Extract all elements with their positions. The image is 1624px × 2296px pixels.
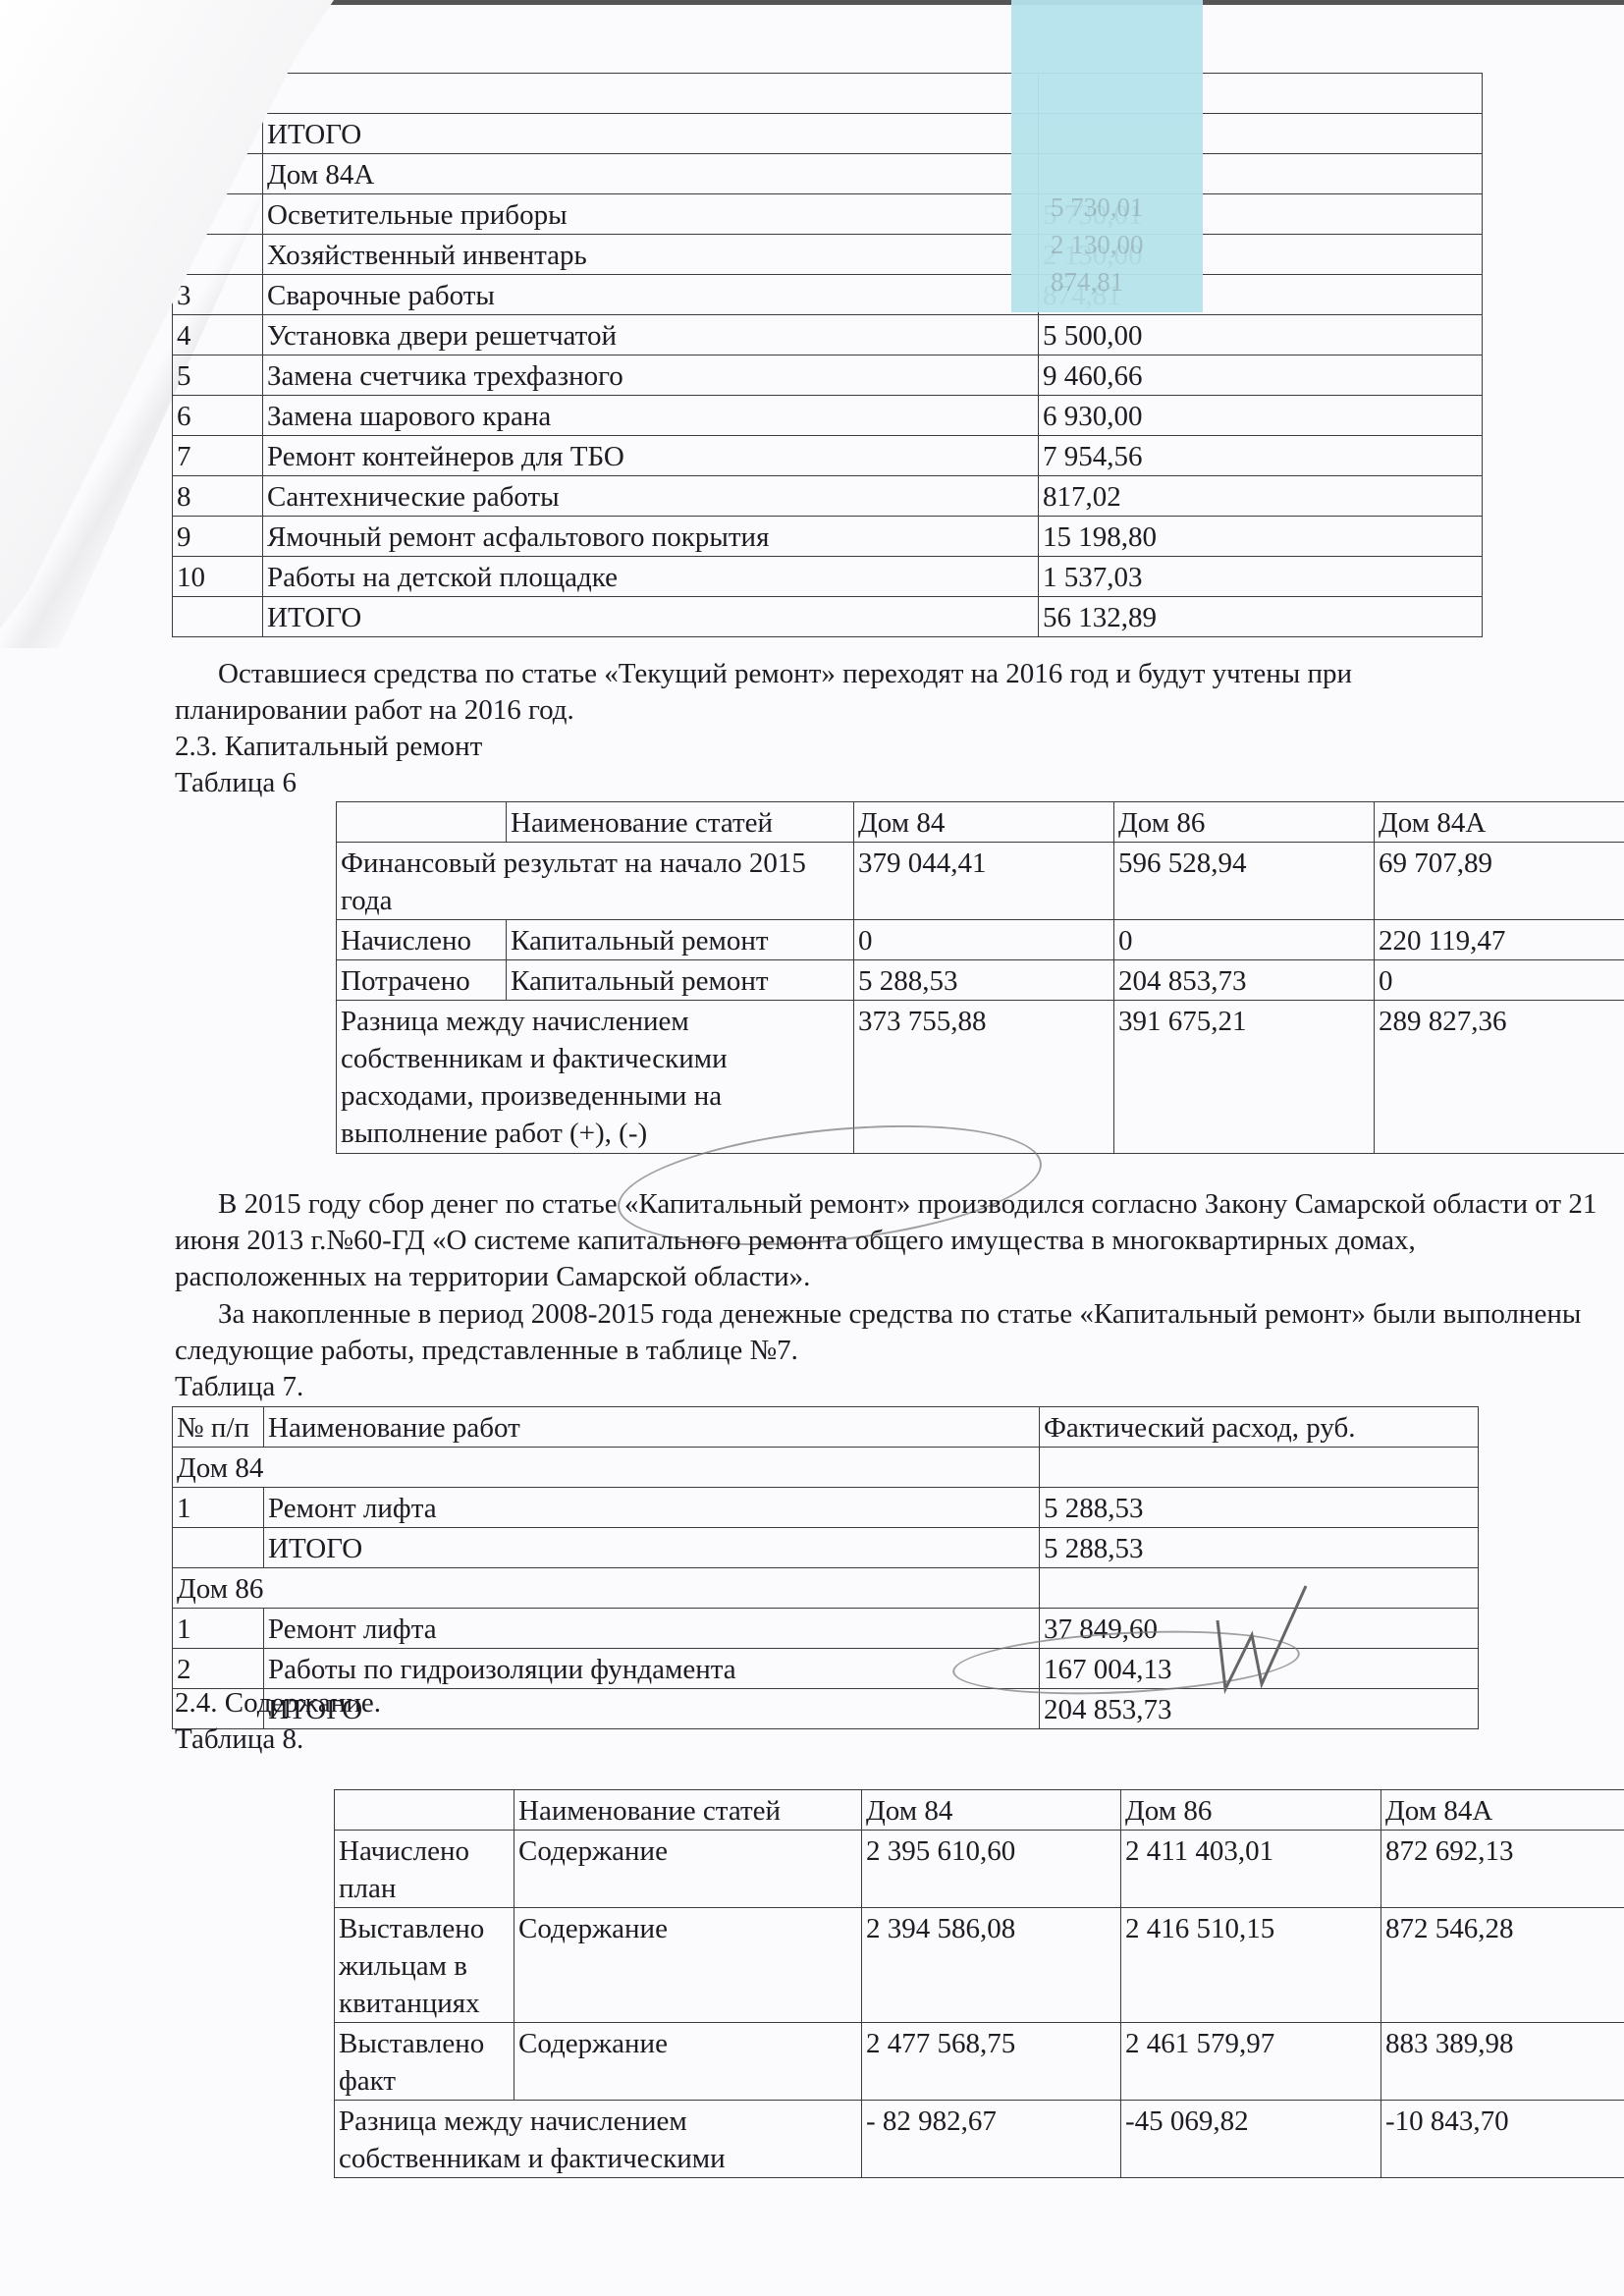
table8-header-row: Наименование статей Дом 84 Дом 86 Дом 84… xyxy=(335,1790,1624,1831)
table-row: 8Сантехнические работы817,02 xyxy=(173,476,1483,517)
table-row: 1Осветительные приборы5 730,01 xyxy=(173,194,1483,235)
table-row: ИТОГО xyxy=(173,114,1483,154)
paragraph-accumulated-funds: За накопленные в период 2008-2015 года д… xyxy=(175,1296,1608,1369)
header-house-84: Дом 84 xyxy=(862,1790,1121,1831)
table-row: Потрачено Капитальный ремонт 5 288,53 20… xyxy=(337,960,1624,1001)
table-row: Начислено планСодержание2 395 610,602 41… xyxy=(335,1831,1624,1908)
table-row: ИТОГО5 288,53 xyxy=(173,1528,1479,1568)
scan-edge xyxy=(226,0,1624,5)
table-row: Начислено Капитальный ремонт 0 0 220 119… xyxy=(337,920,1624,960)
table-current-repair: ИТОГОДом 84А1Осветительные приборы5 730,… xyxy=(172,73,1483,637)
table7-header-row: № п/п Наименование работ Фактический рас… xyxy=(173,1407,1479,1448)
table-row: 2Хозяйственный инвентарь2 130,00 xyxy=(173,235,1483,275)
header-house-84a: Дом 84А xyxy=(1381,1790,1624,1831)
table-6-capital-repair: Наименование статей Дом 84 Дом 86 Дом 84… xyxy=(336,801,1624,1154)
table-row: 9Ямочный ремонт асфальтового покрытия15 … xyxy=(173,517,1483,557)
sticky-note: 5 730,01 2 130,00 874,81 xyxy=(1011,0,1203,312)
table-row: 5Замена счетчика трехфазного9 460,66 xyxy=(173,355,1483,396)
section-heading-capital-repair: 2.3. Капитальный ремонт xyxy=(175,729,482,765)
header-work-name: Наименование работ xyxy=(264,1407,1040,1448)
table-row: 4Установка двери решетчатой5 500,00 xyxy=(173,315,1483,355)
table-row: 6Замена шарового крана6 930,00 xyxy=(173,396,1483,436)
table6-header-row: Наименование статей Дом 84 Дом 86 Дом 84… xyxy=(337,802,1624,843)
table-row: Дом 84А xyxy=(173,154,1483,194)
table-8-maintenance: Наименование статей Дом 84 Дом 86 Дом 84… xyxy=(334,1789,1624,2178)
table-row: 10Работы на детской площадке1 537,03 xyxy=(173,557,1483,597)
header-house-86: Дом 86 xyxy=(1114,802,1375,843)
header-item-name: Наименование статей xyxy=(514,1790,862,1831)
table-row: Выставлено фактСодержание2 477 568,752 4… xyxy=(335,2023,1624,2101)
signature-mark xyxy=(1208,1581,1316,1699)
header-actual-expense: Фактический расход, руб. xyxy=(1040,1407,1479,1448)
table-row: Выставлено жильцам в квитанцияхСодержани… xyxy=(335,1908,1624,2023)
table-row: 7Ремонт контейнеров для ТБО7 954,56 xyxy=(173,436,1483,476)
table-row: 3Сварочные работы874,81 xyxy=(173,275,1483,315)
paragraph-law-reference: В 2015 году сбор денег по статье «Капита… xyxy=(175,1186,1608,1295)
section-heading-maintenance: 2.4. Содержание. xyxy=(175,1685,381,1722)
row-label: Финансовый результат на начало 2015 года xyxy=(337,843,854,920)
header-house-84: Дом 84 xyxy=(854,802,1114,843)
table-row xyxy=(173,74,1483,114)
table-row: Разница между начислением собственникам … xyxy=(335,2101,1624,2178)
table8-caption: Таблица 8. xyxy=(175,1722,303,1758)
header-item-name: Наименование статей xyxy=(507,802,854,843)
table-row: ИТОГО56 132,89 xyxy=(173,597,1483,637)
header-house-84a: Дом 84А xyxy=(1375,802,1624,843)
header-house-86: Дом 86 xyxy=(1121,1790,1381,1831)
header-number: № п/п xyxy=(173,1407,264,1448)
row-label: Разница между начислением собственникам … xyxy=(337,1001,854,1154)
table6-caption: Таблица 6 xyxy=(175,765,297,801)
paragraph-remaining-funds: Оставшиеся средства по статье «Текущий р… xyxy=(175,656,1530,729)
table7-caption: Таблица 7. xyxy=(175,1369,303,1405)
table-row: Финансовый результат на начало 2015 года… xyxy=(337,843,1624,920)
table-row: 1Ремонт лифта5 288,53 xyxy=(173,1488,1479,1528)
group-row: Дом 84 xyxy=(173,1448,1479,1488)
